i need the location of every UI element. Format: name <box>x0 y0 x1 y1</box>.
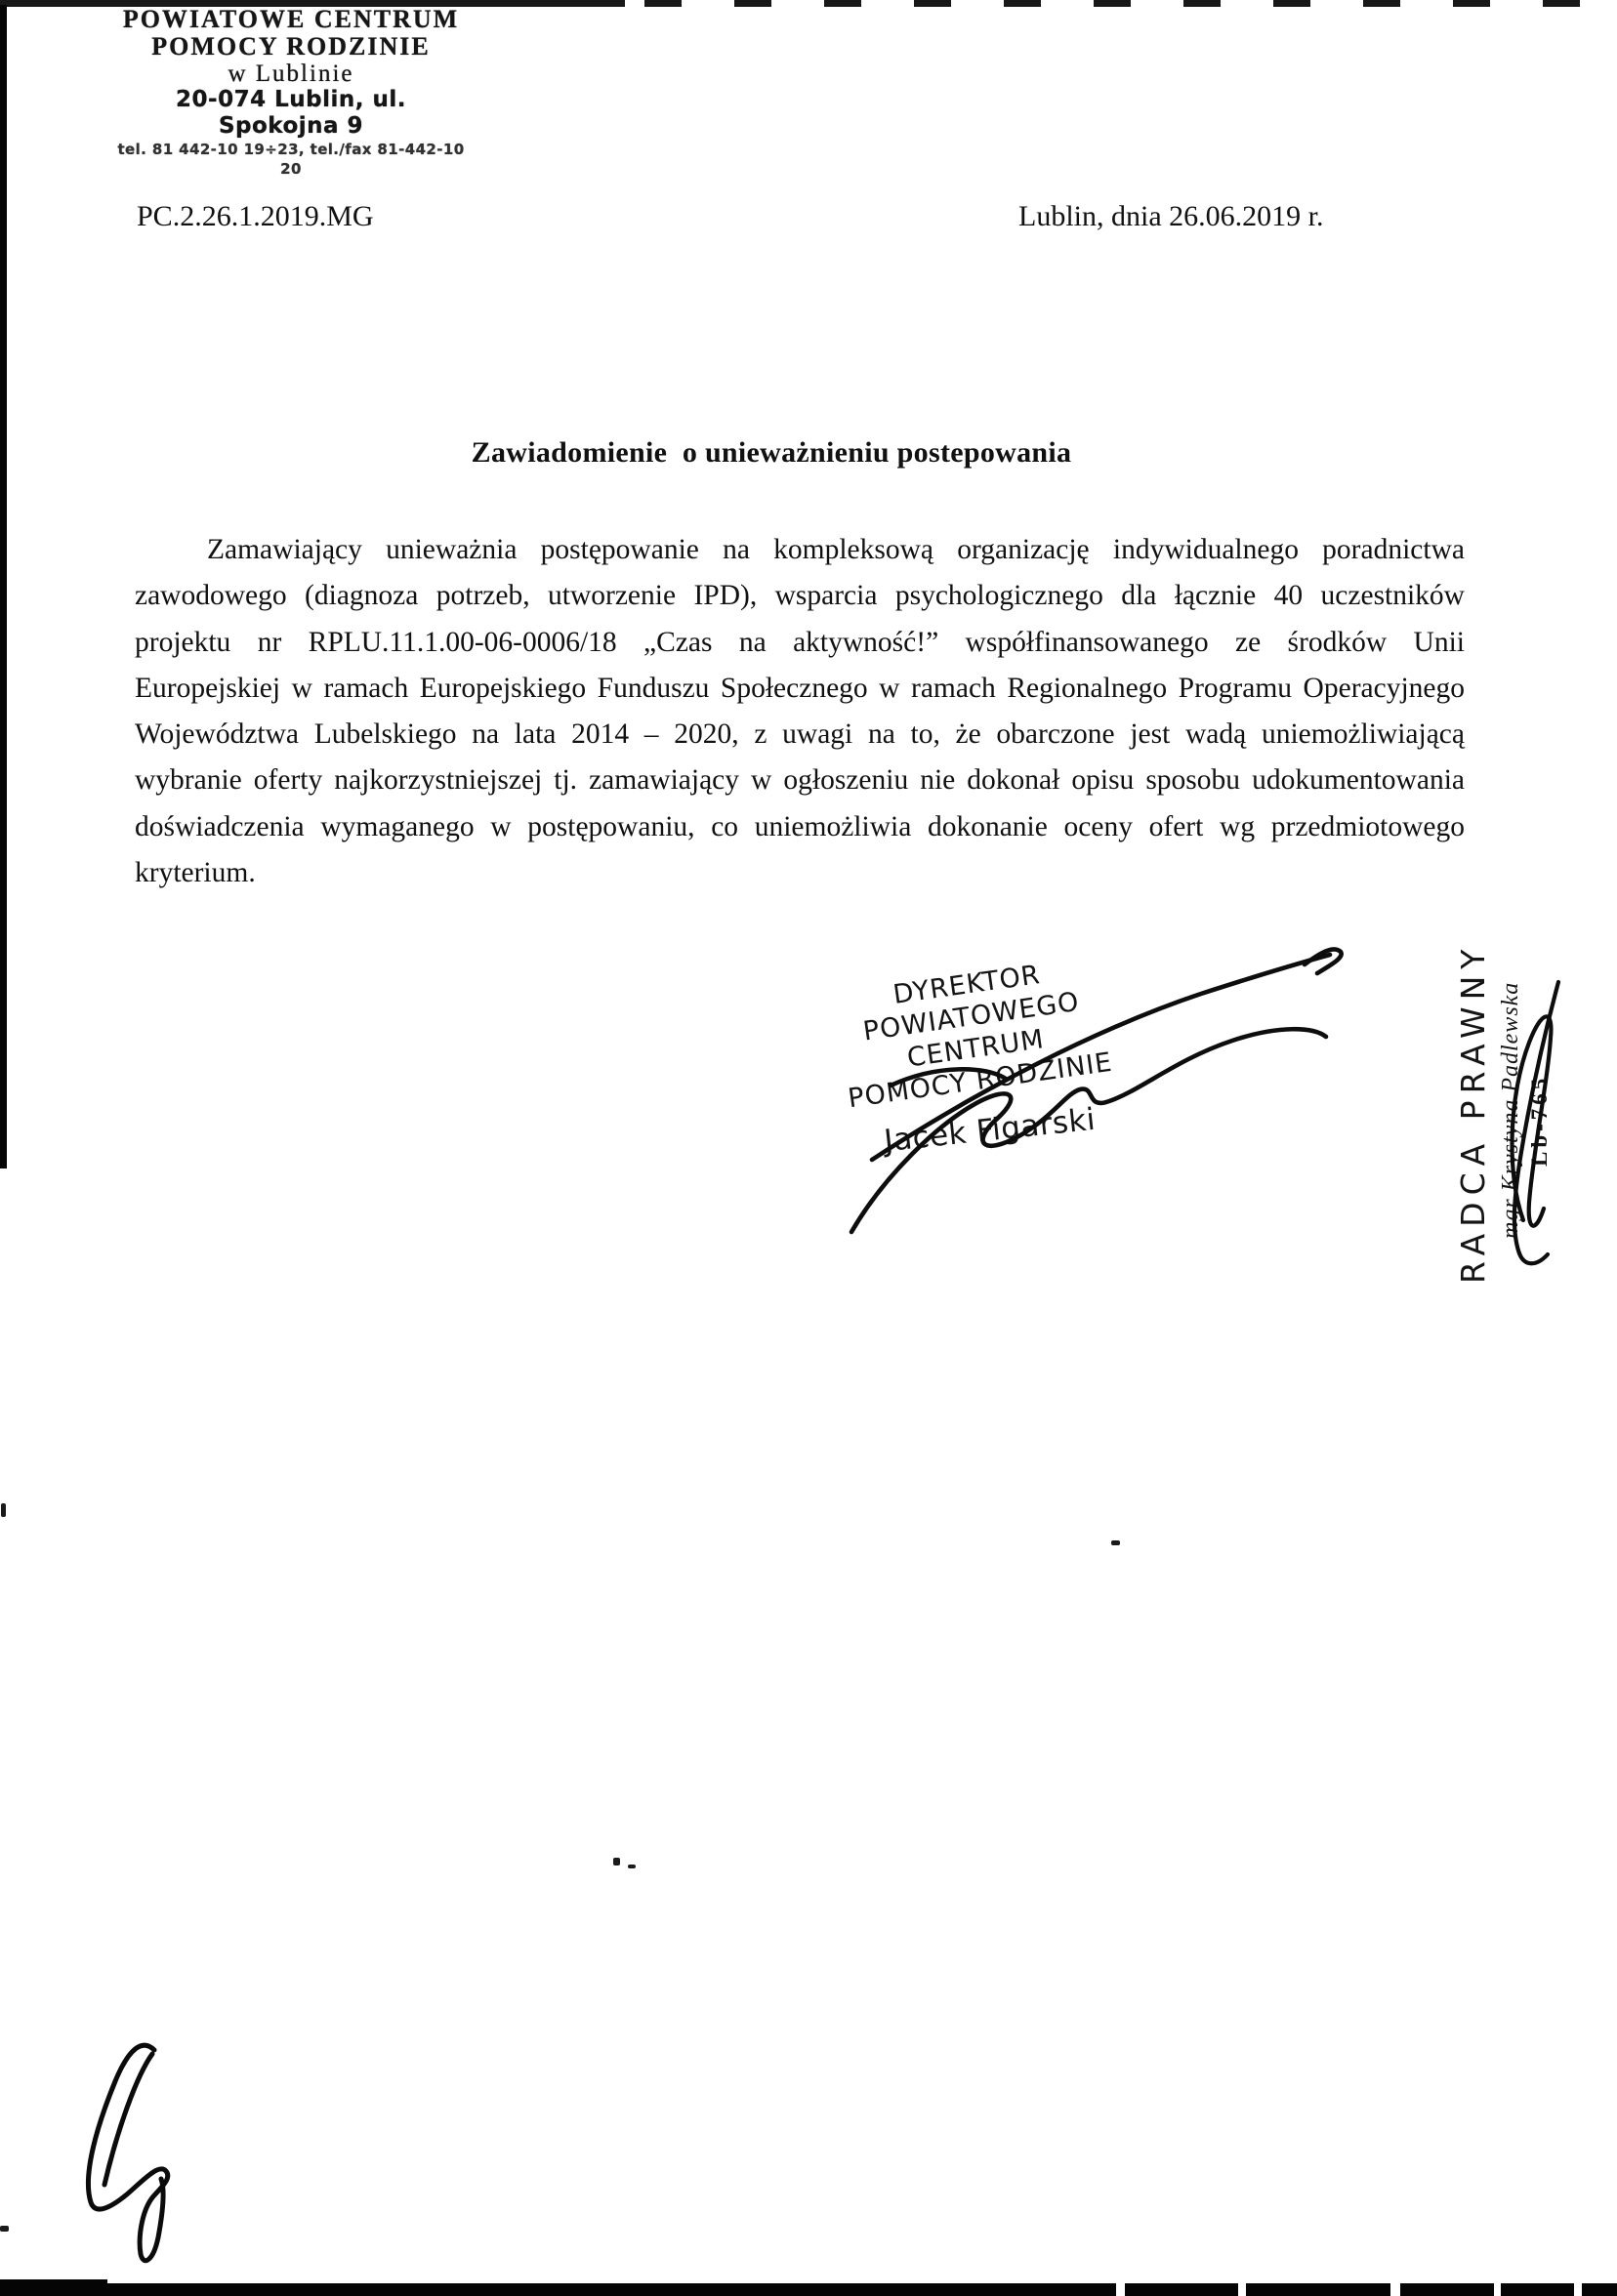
scan-artifact-notch <box>1116 2283 1125 2296</box>
place-and-date: Lublin, dnia 26.06.2019 r. <box>1018 200 1323 233</box>
sender-phone-fax: tel. 81 442-10 19÷23, tel./fax 81-442-10… <box>115 140 467 179</box>
sender-name-line2: POMOCY RODZINIE <box>115 33 467 61</box>
director-title-stamp: DYREKTOR POWIATOWEGO CENTRUM POMOCY RODZ… <box>796 945 1152 1120</box>
scan-artifact-left-edge <box>0 5 7 1168</box>
scan-speck <box>1 1503 6 1517</box>
scan-speck <box>1111 1540 1120 1545</box>
scanned-document-page: POWIATOWE CENTRUM POMOCY RODZINIE w Lubl… <box>0 0 1617 2296</box>
legal-counsel-stamp: RADCA PRAWNY mgr Krystyna Padlewska Lb-7… <box>1451 903 1597 1284</box>
sender-address-stamp: POWIATOWE CENTRUM POMOCY RODZINIE w Lubl… <box>115 6 467 179</box>
scan-speck <box>613 1858 620 1865</box>
scan-artifact-notch <box>1390 2283 1400 2296</box>
handwritten-overlays <box>0 0 1617 2296</box>
scan-artifact-notch <box>1238 2283 1246 2296</box>
paraph-signature <box>88 2045 167 2261</box>
scan-artifact-corner <box>0 2279 107 2296</box>
case-reference-number: PC.2.26.1.2019.MG <box>137 200 374 233</box>
legal-counsel-title: RADCA PRAWNY <box>1451 903 1496 1284</box>
scan-artifact-bottom-edge <box>0 2283 1617 2296</box>
scan-speck <box>0 2226 9 2232</box>
sender-street-address: 20-074 Lublin, ul. Spokojna 9 <box>115 87 467 140</box>
scan-artifact-notch <box>1494 2283 1501 2296</box>
scan-speck <box>628 1865 636 1868</box>
sender-city: w Lublinie <box>115 61 467 87</box>
scan-artifact-notch <box>1574 2283 1582 2296</box>
director-name: Jacek Figarski <box>883 1102 1098 1160</box>
body-paragraph: Zamawiający unieważnia postępowanie na k… <box>135 527 1465 896</box>
legal-counsel-name: mgr Krystyna Padlewska <box>1496 903 1525 1284</box>
legal-counsel-license-number: Lb-765 <box>1525 903 1555 1284</box>
sender-name-line1: POWIATOWE CENTRUM <box>115 6 467 33</box>
document-title: Zawiadomienie o unieważnieniu postepowan… <box>137 436 1406 470</box>
